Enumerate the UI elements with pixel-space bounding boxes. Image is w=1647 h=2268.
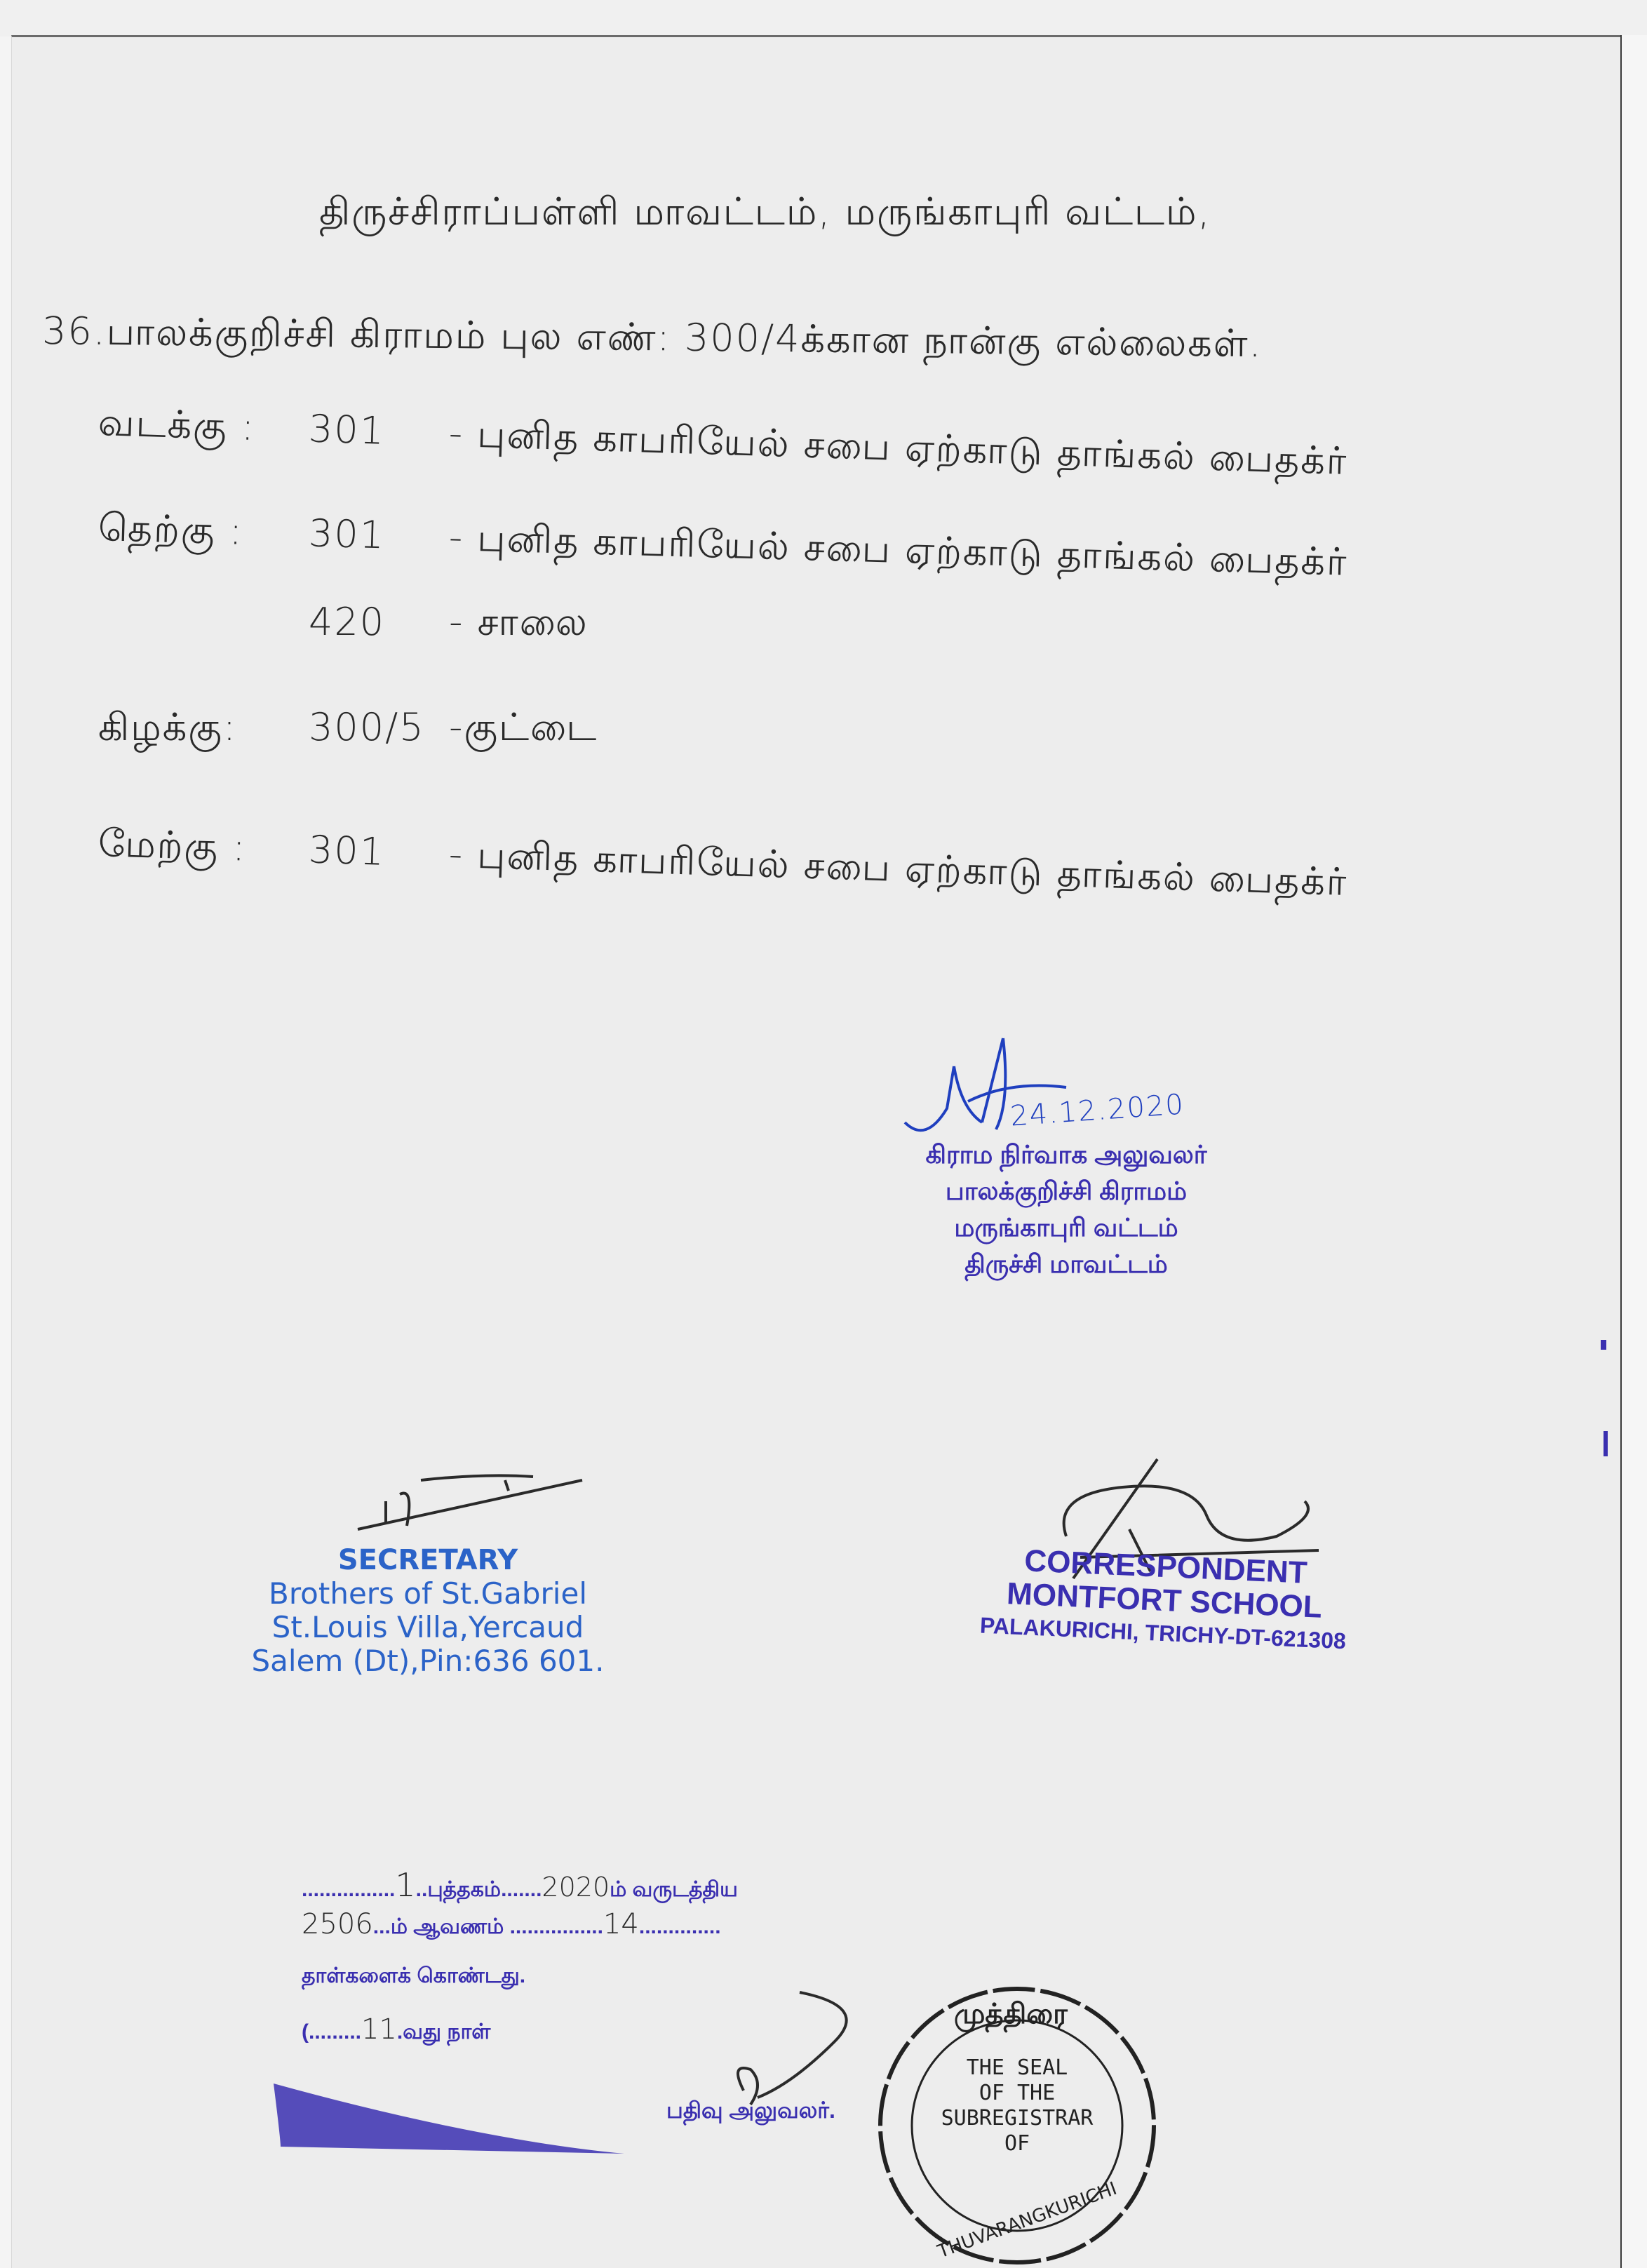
document-number: 2506: [302, 1908, 373, 1940]
year-label: ம் வருடத்திய: [610, 1878, 738, 1901]
vao-stamp-line: கிராம நிர்வாக அலுவலர்: [884, 1136, 1249, 1173]
subregistrar-seal: முத்திரை THUVARANGKURICHI THE SEAL OF TH…: [870, 1978, 1164, 2268]
survey-number: 301: [308, 511, 450, 559]
boundary-description: -குட்டை: [449, 705, 598, 749]
correspondent-stamp: CORRESPONDENT MONTFORT SCHOOL PALAKURICH…: [945, 1541, 1384, 1658]
secretary-title: SECRETARY: [210, 1543, 645, 1577]
document-page: [11, 35, 1622, 2268]
seal-ring-text-ta: முத்திரை: [954, 1998, 1068, 2034]
page-count: 14: [603, 1908, 639, 1940]
seal-line: OF THE: [912, 2081, 1122, 2106]
boundary-south-road: 420- சாலை: [98, 600, 589, 650]
boundary-direction: மேற்கு :: [98, 821, 309, 877]
secretary-stamp: SECRETARY Brothers of St.Gabriel St.Loui…: [210, 1543, 645, 1678]
survey-number: 301: [308, 827, 450, 875]
boundary-direction: தெற்கு :: [98, 505, 309, 561]
secretary-stamp-line: Brothers of St.Gabriel: [210, 1577, 645, 1611]
subregistrar-label: பதிவு அலுவலர்.: [666, 2098, 835, 2126]
signature-scribble-icon: [898, 1024, 1073, 1150]
seal-line: SUBREGISTRAR: [912, 2106, 1122, 2131]
register-year: 2020: [542, 1872, 610, 1903]
secretary-stamp-line: Salem (Dt),Pin:636 601.: [210, 1644, 645, 1678]
boundary-direction: கிழக்கு:: [98, 705, 309, 755]
survey-number: 300/5: [309, 705, 449, 749]
vao-stamp-line: திருச்சி மாவட்டம்: [884, 1246, 1249, 1282]
boundary-east: கிழக்கு:300/5-குட்டை: [98, 705, 598, 755]
survey-number: 420: [309, 600, 449, 644]
boundary-description: - சாலை: [449, 600, 589, 644]
scan-border-top: [0, 0, 1647, 36]
pages-line: தாள்களைக் கொண்டது.: [302, 1964, 525, 1991]
survey-number: 301: [308, 406, 450, 455]
seal-line: THE SEAL: [912, 2055, 1122, 2081]
day-label: வது நாள்: [403, 2020, 490, 2044]
document-line: 2506...ம் ஆவணம் ................14......…: [302, 1908, 721, 1942]
vao-stamp-line: பாலக்குறிச்சி கிராமம்: [884, 1173, 1249, 1209]
seal-inner-text: THE SEAL OF THE SUBREGISTRAR OF: [912, 2055, 1122, 2156]
seal-line: OF: [912, 2131, 1122, 2156]
vao-stamp: கிராம நிர்வாக அலுவலர் பாலக்குறிச்சி கிரா…: [884, 1136, 1249, 1282]
document-label: ம் ஆவணம்: [391, 1915, 504, 1938]
vao-stamp-line: மருங்காபுரி வட்டம்: [884, 1209, 1249, 1246]
margin-ink-mark: [1601, 1340, 1606, 1350]
day-number: 11: [361, 2013, 397, 2046]
scan-border-right: [1620, 35, 1647, 2268]
book-line: ................1..புத்தகம்.......2020ம்…: [302, 1866, 738, 1905]
day-line: (.........11.வது நாள்: [302, 2013, 490, 2047]
signature-scribble-icon: [344, 1459, 596, 1536]
boundary-direction: வடக்கு :: [98, 400, 309, 456]
margin-ink-mark: [1604, 1431, 1608, 1456]
ink-smudge-icon: [267, 2076, 631, 2161]
book-label: புத்தகம்: [427, 1878, 501, 1901]
secretary-stamp-line: St.Louis Villa,Yercaud: [210, 1611, 645, 1644]
heading-line-1: திருச்சிராப்பள்ளி மாவட்டம், மருங்காபுரி …: [319, 189, 1211, 239]
book-number: 1: [395, 1866, 415, 1904]
